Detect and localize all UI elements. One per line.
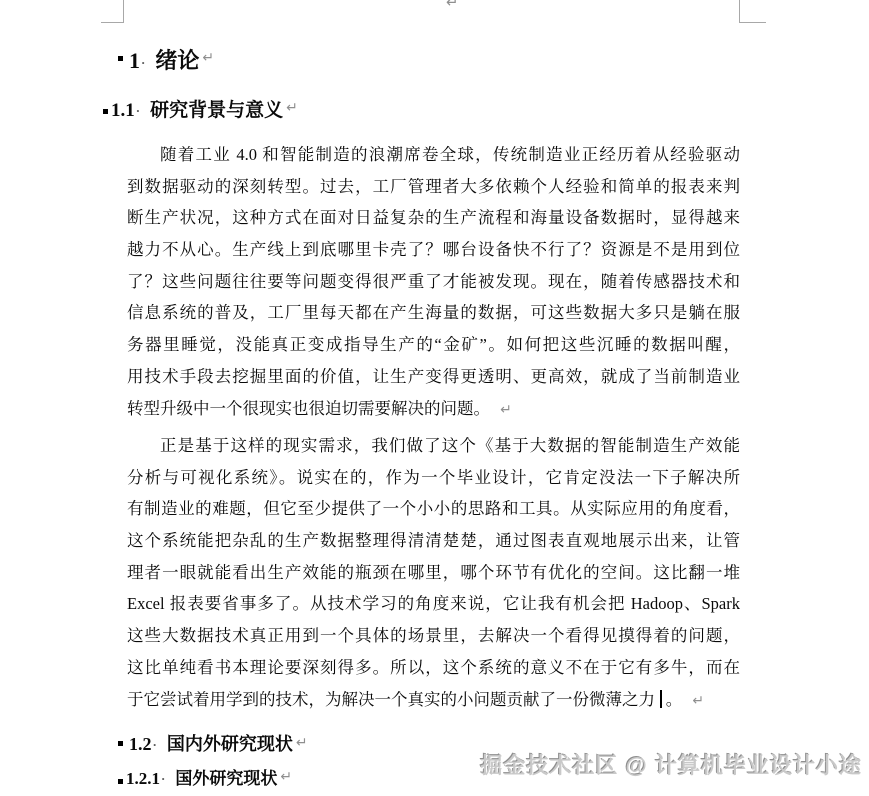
heading-title: 国内外研究现状: [167, 730, 293, 756]
word-document-page[interactable]: ↵ 1 · 绪论 ↵ 1.1 · 研究背景与意义 ↵ 随着工业 4.0 和智能制…: [0, 0, 869, 796]
text-line[interactable]: Excel 报表要省事多了。从技术学习的角度来说，它让我有机会把 Hadoop、…: [127, 588, 740, 620]
black-square-marker-icon: [103, 109, 108, 114]
heading-number: 1: [129, 48, 140, 74]
paragraph-mark-icon: ↵: [500, 402, 512, 418]
text-line[interactable]: 随着工业 4.0 和智能制造的浪潮席卷全球，传统制造业正经历着从经验驱动: [127, 139, 740, 171]
heading-1-2-1-section[interactable]: 1.2.1 · 国外研究现状 ↵: [118, 764, 292, 790]
heading-1-chapter[interactable]: 1 · 绪论 ↵: [118, 44, 214, 72]
space-mark-icon: ·: [140, 55, 147, 71]
text-run: 于它尝试着用学到的技术，为解决一个真实的小问题贡献了一份微薄之力: [127, 690, 655, 709]
paragraph-mark-icon: ↵: [286, 100, 298, 116]
text-run: 转型升级中一个很现实也很迫切需要解决的问题。: [127, 399, 490, 418]
black-square-marker-icon: [118, 779, 123, 784]
heading-title: 研究背景与意义: [150, 95, 283, 122]
body-paragraph-1[interactable]: 随着工业 4.0 和智能制造的浪潮席卷全球，传统制造业正经历着从经验驱动 到数据…: [127, 139, 740, 424]
text-line[interactable]: 信息系统的普及，工厂里每天都在产生海量的数据，可这些数据大多只是躺在服: [127, 297, 740, 329]
heading-1-2-section[interactable]: 1.2 · 国内外研究现状 ↵: [118, 730, 308, 756]
space-mark-icon: ·: [152, 737, 159, 753]
crop-mark-top-right: [739, 22, 766, 23]
crop-mark-top-left: [101, 22, 124, 23]
text-line[interactable]: 于它尝试着用学到的技术，为解决一个真实的小问题贡献了一份微薄之力 。 ↵: [127, 684, 740, 716]
text-line[interactable]: 越力不从心。生产线上到底哪里卡壳了？哪台设备快不行了？资源是不是用到位: [127, 234, 740, 266]
text-line[interactable]: 有制造业的难题，但它至少提供了一个小小的思路和工具。从实际应用的角度看，: [127, 493, 740, 525]
paragraph-mark-icon: ↵: [296, 735, 308, 751]
text-line[interactable]: 这比单纯看书本理论要深刻得多。所以，这个系统的意义不在于它有多牛，而在: [127, 652, 740, 684]
crop-mark-top-right: [739, 0, 740, 23]
text-line[interactable]: 这些大数据技术真正用到一个具体的场景里，去解决一个看得见摸得着的问题，: [127, 620, 740, 652]
text-run: 。: [666, 690, 683, 709]
crop-mark-top-left: [123, 0, 124, 23]
heading-title: 绪论: [155, 44, 199, 75]
paragraph-mark-icon: ↵: [446, 0, 459, 11]
paragraph-mark-icon: ↵: [202, 50, 214, 66]
text-line[interactable]: 这个系统能把杂乱的生产数据整理得清清楚楚，通过图表直观地展示出来，让管: [127, 525, 740, 557]
heading-1-1-section[interactable]: 1.1 · 研究背景与意义 ↵: [103, 95, 298, 120]
heading-number: 1.2: [129, 734, 152, 755]
text-line[interactable]: 转型升级中一个很现实也很迫切需要解决的问题。 ↵: [127, 393, 740, 425]
space-mark-icon: ·: [135, 103, 142, 119]
space-mark-icon: ·: [160, 771, 167, 787]
paragraph-mark-icon: ↵: [280, 769, 292, 785]
text-cursor-caret: [660, 690, 662, 708]
text-line[interactable]: 断生产状况，这种方式在面对日益复杂的生产流程和海量设备数据时，显得越来: [127, 202, 740, 234]
text-line[interactable]: 到数据驱动的深刻转型。过去，工厂管理者大多依赖个人经验和简单的报表来判: [127, 171, 740, 203]
text-line[interactable]: 了？这些问题往往要等问题变得很严重了才能被发现。现在，随着传感器技术和: [127, 266, 740, 298]
heading-number: 1.1: [111, 100, 135, 122]
text-line[interactable]: 理者一眼就能看出生产效能的瓶颈在哪里，哪个环节有优化的空间。这比翻一堆: [127, 557, 740, 589]
heading-number: 1.2.1: [126, 769, 160, 789]
heading-title: 国外研究现状: [175, 764, 277, 789]
text-line[interactable]: 分析与可视化系统》。说实在的，作为一个毕业设计，它肯定没法一下子解决所: [127, 462, 740, 494]
body-paragraph-2[interactable]: 正是基于这样的现实需求，我们做了这个《基于大数据的智能制造生产效能 分析与可视化…: [127, 430, 740, 715]
paragraph-mark-icon: ↵: [692, 693, 704, 709]
text-line[interactable]: 务器里睡觉，没能真正变成指导生产的“金矿”。如何把这些沉睡的数据叫醒，: [127, 329, 740, 361]
text-line[interactable]: 正是基于这样的现实需求，我们做了这个《基于大数据的智能制造生产效能: [127, 430, 740, 462]
black-square-marker-icon: [118, 741, 123, 746]
text-line[interactable]: 用技术手段去挖掘里面的价值，让生产变得更透明、更高效，就成了当前制造业: [127, 361, 740, 393]
watermark-text: 掘金技术社区 @ 计算机毕业设计小途: [480, 749, 862, 780]
black-square-marker-icon: [118, 56, 123, 61]
